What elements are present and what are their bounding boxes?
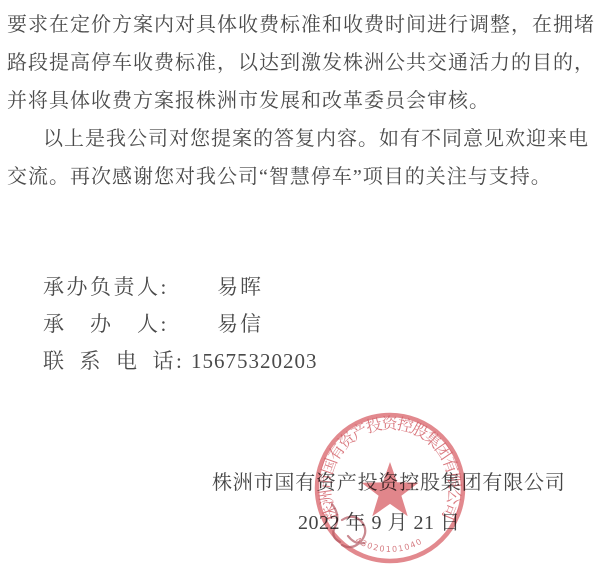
- contact-label-manager: 承办负责人:: [43, 275, 169, 299]
- contact-label-handler: 承 办 人:: [43, 312, 169, 336]
- seal-star-icon: [362, 462, 419, 516]
- contact-value-phone: 15675320203: [191, 350, 318, 373]
- svg-text:43020101040: 43020101040: [354, 536, 424, 554]
- document-page: 要求在定价方案内对具体收费标准和收费时间进行调整，在拥堵 路段提高停车收费标准，…: [0, 0, 603, 577]
- body-paragraph1-line1: 要求在定价方案内对具体收费标准和收费时间进行调整，在拥堵: [7, 14, 595, 36]
- contact-row-handler: 承 办 人: 易信: [43, 313, 473, 336]
- contact-label-phone: 联 系 电 话:: [43, 349, 184, 373]
- official-seal: 株洲市国有资产投资控股集团有限公司 43020101040: [312, 410, 468, 566]
- body-paragraph2-line1: 以上是我公司对您提案的答复内容。如有不同意见欢迎来电: [43, 128, 589, 150]
- contact-value-handler: 易信: [217, 313, 263, 336]
- contact-value-manager: 易晖: [217, 276, 263, 299]
- body-paragraph1-line3: 并将具体收费方案报株洲市发展和改革委员会审核。: [7, 90, 490, 112]
- contact-row-phone: 联 系 电 话: 15675320203: [43, 350, 473, 373]
- contact-row-manager: 承办负责人: 易晖: [43, 276, 473, 299]
- body-paragraph1-line2: 路段提高停车收费标准，以达到激发株洲公共交通活力的目的，: [7, 52, 595, 74]
- body-paragraph2-line2: 交流。再次感谢您对我公司“智慧停车”项目的关注与支持。: [7, 166, 552, 188]
- seal-code-number: 43020101040: [354, 536, 424, 554]
